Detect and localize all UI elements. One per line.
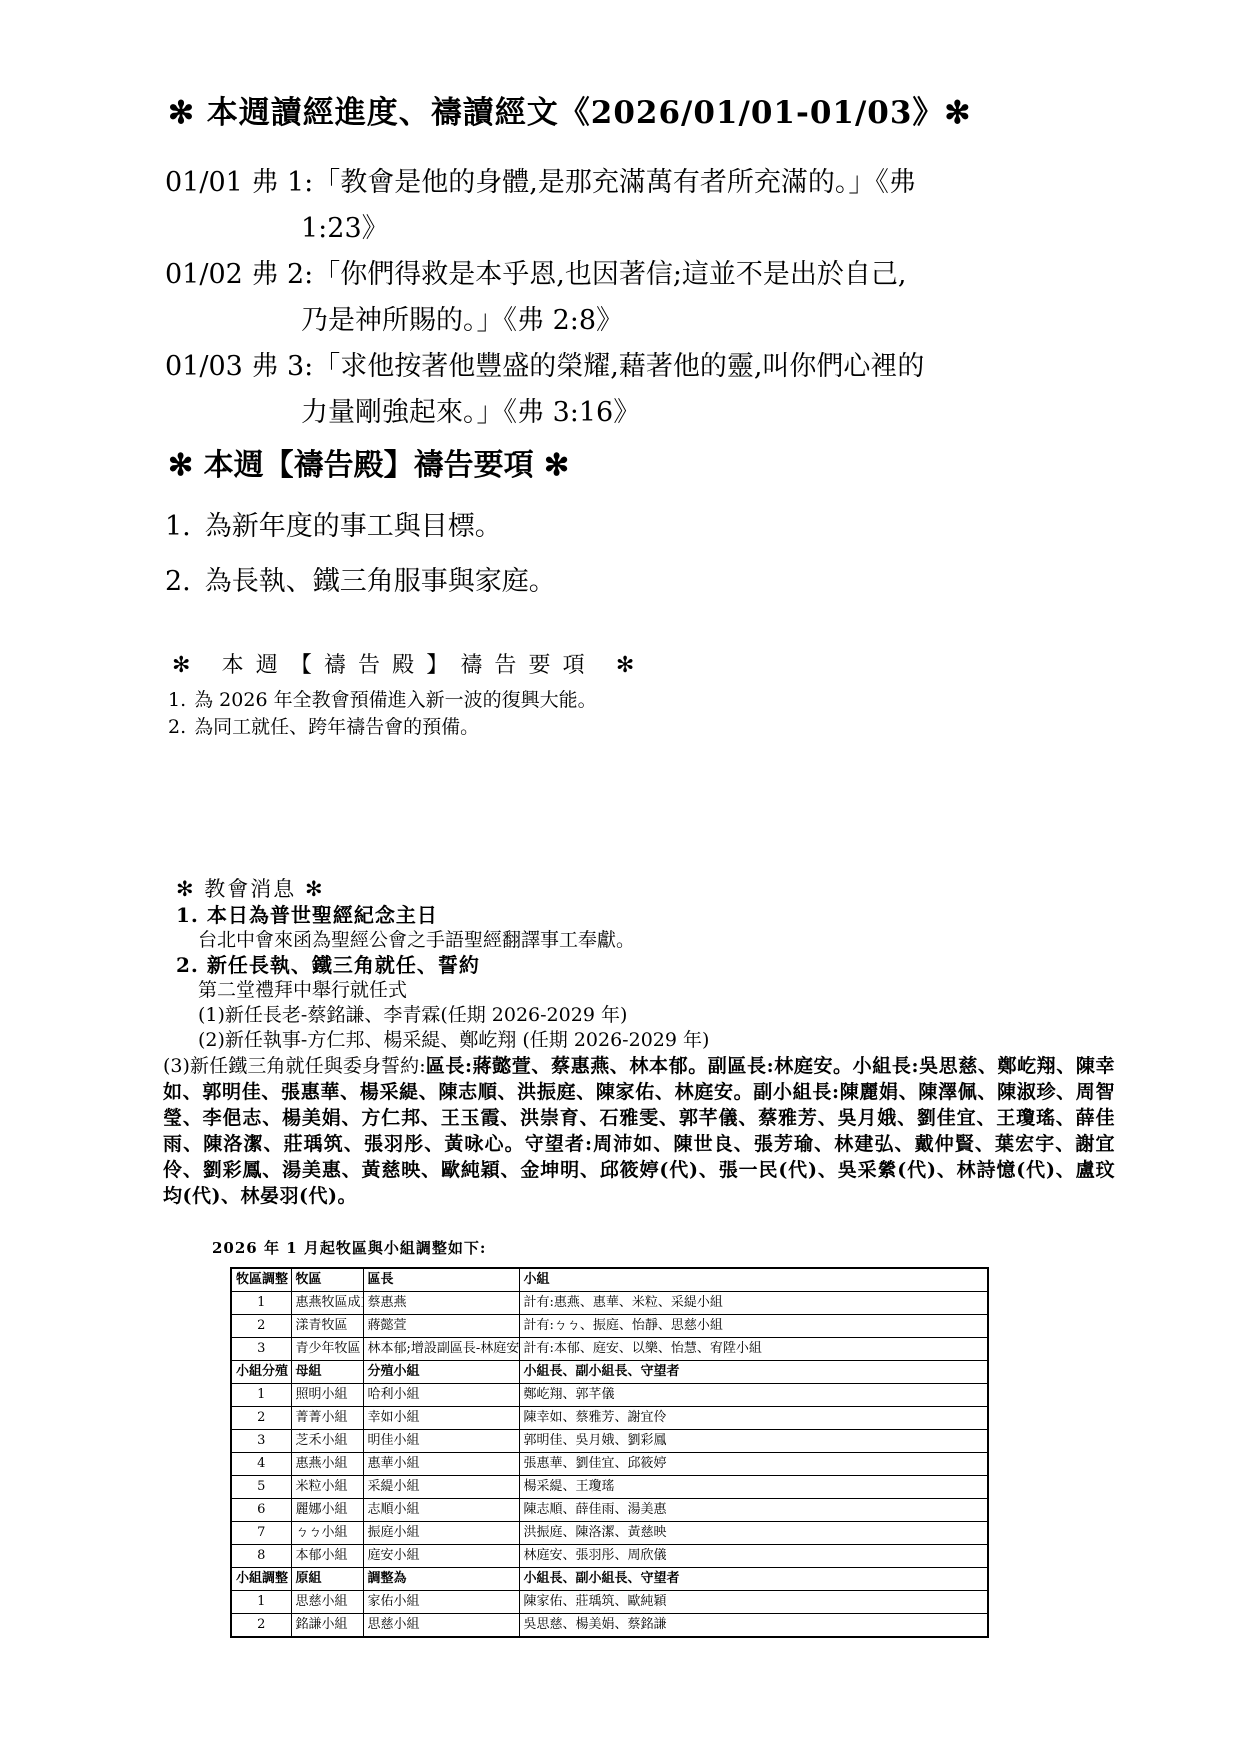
header-cell: 分殖小組 — [363, 1361, 519, 1384]
cell-mother-group: 麗娜小組 — [291, 1499, 363, 1522]
bulletin-document: ✻ 本週讀經進度、禱讀經文《2026/01/01-01/03》✻ 01/01 弗… — [0, 0, 1241, 1638]
header-cell: 調整為 — [363, 1568, 519, 1591]
cell-adjusted-group: 家佑小組 — [363, 1591, 519, 1614]
header-cell: 母組 — [291, 1361, 363, 1384]
scripture-entry: 01/02 弗 2:「你們得救是本乎恩,也因著信;這並不是出於自己, 乃是神所賜… — [165, 252, 1171, 344]
table-row: 5 米粒小組 采緹小組 楊采緹、王瓊瑤 — [231, 1476, 988, 1499]
table-row: 4 惠燕小組 惠華小組 張惠華、劉佳宜、邱筱婷 — [231, 1453, 988, 1476]
scripture-readings: 01/01 弗 1:「教會是他的身體,是那充滿萬有者所充滿的。」《弗 1:23》… — [165, 160, 1171, 436]
prayer-hall-heading: ✻ 本週【禱告殿】禱告要項 ✻ — [168, 442, 1241, 490]
cell-leader: 林本郁;增設副區長-林庭安 — [363, 1338, 519, 1361]
cell-leaders: 洪振庭、陳洛潔、黃慈映 — [519, 1522, 988, 1545]
table-row: 3 芝禾小組 明佳小組 郭明佳、吳月娥、劉彩鳳 — [231, 1430, 988, 1453]
list-item: 1.為 2026 年全教會預備進入新一波的復興大能。 — [168, 687, 1241, 714]
list-item-text: 為長執、鐵三角服事與家庭。 — [205, 566, 556, 597]
cell-index: 1 — [231, 1591, 291, 1614]
table-row: 6 麗娜小組 志順小組 陳志順、薛佳雨、湯美惠 — [231, 1499, 988, 1522]
prayer-hall-items: 1.為新年度的事工與目標。 2.為長執、鐵三角服事與家庭。 — [165, 504, 1241, 605]
table-row: 7 ㄅㄅ小組 振庭小組 洪振庭、陳洛潔、黃慈映 — [231, 1522, 988, 1545]
cell-mother-group: 菁菁小組 — [291, 1407, 363, 1430]
cell-leaders: 林庭安、張羽彤、周欣儀 — [519, 1545, 988, 1568]
header-cell: 小組分殖 — [231, 1361, 291, 1384]
cell-adjusted-group: 思慈小組 — [363, 1614, 519, 1638]
table-caption: 2026 年 1 月起牧區與小組調整如下: — [212, 1237, 1241, 1258]
cell-index: 4 — [231, 1453, 291, 1476]
church-news-heading: ✻ 教會消息 ✻ — [176, 875, 1241, 903]
cell-leader: 蔡惠燕 — [363, 1292, 519, 1315]
page-title: ✻ 本週讀經進度、禱讀經文《2026/01/01-01/03》✻ — [168, 92, 1241, 134]
cell-leaders: 楊采緹、王瓊瑤 — [519, 1476, 988, 1499]
church-news-section: ✻ 教會消息 ✻ 1. 本日為普世聖經紀念主日 台北中會來函為聖經公會之手語聖經… — [176, 875, 1241, 1209]
header-cell: 小組長、副小組長、守望者 — [519, 1568, 988, 1591]
cell-original-group: 思慈小組 — [291, 1591, 363, 1614]
table-row: 1 思慈小組 家佑小組 陳家佑、莊瑀筑、歐純穎 — [231, 1591, 988, 1614]
cell-leaders: 郭明佳、吳月娥、劉彩鳳 — [519, 1430, 988, 1453]
scripture-entry: 01/03 弗 3:「求他按著他豐盛的榮耀,藉著他的靈,叫你們心裡的 力量剛強起… — [165, 344, 1171, 436]
district-group-adjustment-table: 牧區調整 牧區 區長 小組 1 惠燕牧區成立 蔡惠燕 計有:惠燕、惠華、米粒、采… — [230, 1267, 989, 1638]
cell-index: 1 — [231, 1384, 291, 1407]
cell-new-group: 明佳小組 — [363, 1430, 519, 1453]
cell-leaders: 吳思慈、楊美娟、蔡銘謙 — [519, 1614, 988, 1638]
news-item-body: (2)新任執事-方仁邦、楊采緹、鄭屹翔 (任期 2026-2029 年) — [198, 1028, 1241, 1053]
cell-leaders: 陳幸如、蔡雅芳、謝宜伶 — [519, 1407, 988, 1430]
header-cell: 區長 — [363, 1268, 519, 1292]
cell-leaders: 鄭屹翔、郭芊儀 — [519, 1384, 988, 1407]
cell-mother-group: 本郁小組 — [291, 1545, 363, 1568]
commission-intro: (3)新任鐵三角就任與委身誓約: — [163, 1055, 426, 1077]
cell-leaders: 張惠華、劉佳宜、邱筱婷 — [519, 1453, 988, 1476]
list-item-number: 1. — [165, 511, 191, 542]
table-row: 1 照明小組 哈利小組 鄭屹翔、郭芊儀 — [231, 1384, 988, 1407]
news-item-body: 第二堂禮拜中舉行就任式 — [198, 978, 1241, 1003]
list-item: 2.為長執、鐵三角服事與家庭。 — [165, 559, 1241, 605]
scripture-entry: 01/01 弗 1:「教會是他的身體,是那充滿萬有者所充滿的。」《弗 1:23》 — [165, 160, 1171, 252]
cell-new-group: 庭安小組 — [363, 1545, 519, 1568]
cell-index: 2 — [231, 1407, 291, 1430]
cell-leaders: 陳志順、薛佳雨、湯美惠 — [519, 1499, 988, 1522]
list-item: 2.為同工就任、跨年禱告會的預備。 — [168, 714, 1241, 741]
cell-district: 漾青牧區 — [291, 1315, 363, 1338]
news-item-title: 2. 新任長執、鐵三角就任、誓約 — [176, 953, 1241, 978]
cell-district: 惠燕牧區成立 — [291, 1292, 363, 1315]
news-item-body: (1)新任長老-蔡銘謙、李青霖(任期 2026-2029 年) — [198, 1003, 1241, 1028]
header-cell: 小組調整 — [231, 1568, 291, 1591]
commission-name-list: 區長:蔣懿萱、蔡惠燕、林本郁。副區長:林庭安。小組長:吳思慈、鄭屹翔、陳幸如、郭… — [163, 1055, 1115, 1207]
prayer-hall-items-2: 1.為 2026 年全教會預備進入新一波的復興大能。 2.為同工就任、跨年禱告會… — [168, 687, 1241, 741]
cell-index: 2 — [231, 1315, 291, 1338]
header-cell: 牧區調整 — [231, 1268, 291, 1292]
cell-new-group: 惠華小組 — [363, 1453, 519, 1476]
cell-new-group: 志順小組 — [363, 1499, 519, 1522]
table-row: 3 青少年牧區 林本郁;增設副區長-林庭安 計有:本郁、庭安、以樂、怡慧、宥陞小… — [231, 1338, 988, 1361]
table-header-row: 牧區調整 牧區 區長 小組 — [231, 1268, 988, 1292]
scripture-line: 1:23》 — [301, 206, 1171, 252]
cell-leader: 蔣懿萱 — [363, 1315, 519, 1338]
table-row: 2 銘謙小組 思慈小組 吳思慈、楊美娟、蔡銘謙 — [231, 1614, 988, 1638]
table-row: 2 漾青牧區 蔣懿萱 計有:ㄅㄅ、振庭、怡靜、思慈小組 — [231, 1315, 988, 1338]
commission-paragraph: (3)新任鐵三角就任與委身誓約:區長:蔣懿萱、蔡惠燕、林本郁。副區長:林庭安。小… — [163, 1053, 1115, 1209]
scripture-line: 01/02 弗 2:「你們得救是本乎恩,也因著信;這並不是出於自己, — [165, 252, 1171, 298]
cell-mother-group: 惠燕小組 — [291, 1453, 363, 1476]
cell-mother-group: ㄅㄅ小組 — [291, 1522, 363, 1545]
table-header-row: 小組調整 原組 調整為 小組長、副小組長、守望者 — [231, 1568, 988, 1591]
header-cell: 原組 — [291, 1568, 363, 1591]
cell-index: 8 — [231, 1545, 291, 1568]
table-row: 2 菁菁小組 幸如小組 陳幸如、蔡雅芳、謝宜伶 — [231, 1407, 988, 1430]
list-item-number: 1. — [168, 689, 186, 711]
list-item-text: 為 2026 年全教會預備進入新一波的復興大能。 — [194, 689, 596, 711]
header-cell: 小組長、副小組長、守望者 — [519, 1361, 988, 1384]
cell-leaders: 陳家佑、莊瑀筑、歐純穎 — [519, 1591, 988, 1614]
cell-mother-group: 芝禾小組 — [291, 1430, 363, 1453]
cell-index: 1 — [231, 1292, 291, 1315]
list-item-number: 2. — [165, 566, 191, 597]
scripture-line: 01/01 弗 1:「教會是他的身體,是那充滿萬有者所充滿的。」《弗 — [165, 160, 1171, 206]
cell-mother-group: 米粒小組 — [291, 1476, 363, 1499]
news-item-body: 台北中會來函為聖經公會之手語聖經翻譯事工奉獻。 — [198, 928, 1241, 953]
list-item-text: 為新年度的事工與目標。 — [205, 511, 502, 542]
cell-original-group: 銘謙小組 — [291, 1614, 363, 1638]
scripture-line: 01/03 弗 3:「求他按著他豐盛的榮耀,藉著他的靈,叫你們心裡的 — [165, 344, 1171, 390]
table-row: 8 本郁小組 庭安小組 林庭安、張羽彤、周欣儀 — [231, 1545, 988, 1568]
header-cell: 牧區 — [291, 1268, 363, 1292]
cell-groups: 計有:惠燕、惠華、米粒、采緹小組 — [519, 1292, 988, 1315]
header-cell: 小組 — [519, 1268, 988, 1292]
cell-index: 2 — [231, 1614, 291, 1638]
cell-new-group: 采緹小組 — [363, 1476, 519, 1499]
cell-index: 3 — [231, 1430, 291, 1453]
cell-index: 7 — [231, 1522, 291, 1545]
list-item-text: 為同工就任、跨年禱告會的預備。 — [194, 716, 479, 738]
list-item-number: 2. — [168, 716, 186, 738]
cell-new-group: 振庭小組 — [363, 1522, 519, 1545]
cell-index: 3 — [231, 1338, 291, 1361]
cell-groups: 計有:ㄅㄅ、振庭、怡靜、思慈小組 — [519, 1315, 988, 1338]
news-item-title: 1. 本日為普世聖經紀念主日 — [176, 903, 1241, 928]
prayer-hall-heading-2: ✻ 本週【禱告殿】禱告要項 ✻ — [172, 651, 1241, 681]
cell-mother-group: 照明小組 — [291, 1384, 363, 1407]
cell-new-group: 哈利小組 — [363, 1384, 519, 1407]
cell-index: 5 — [231, 1476, 291, 1499]
cell-new-group: 幸如小組 — [363, 1407, 519, 1430]
cell-district: 青少年牧區 — [291, 1338, 363, 1361]
scripture-line: 力量剛強起來。」《弗 3:16》 — [301, 390, 1171, 436]
cell-index: 6 — [231, 1499, 291, 1522]
table-row: 1 惠燕牧區成立 蔡惠燕 計有:惠燕、惠華、米粒、采緹小組 — [231, 1292, 988, 1315]
cell-groups: 計有:本郁、庭安、以樂、怡慧、宥陞小組 — [519, 1338, 988, 1361]
list-item: 1.為新年度的事工與目標。 — [165, 504, 1241, 550]
table-header-row: 小組分殖 母組 分殖小組 小組長、副小組長、守望者 — [231, 1361, 988, 1384]
scripture-line: 乃是神所賜的。」《弗 2:8》 — [301, 298, 1171, 344]
